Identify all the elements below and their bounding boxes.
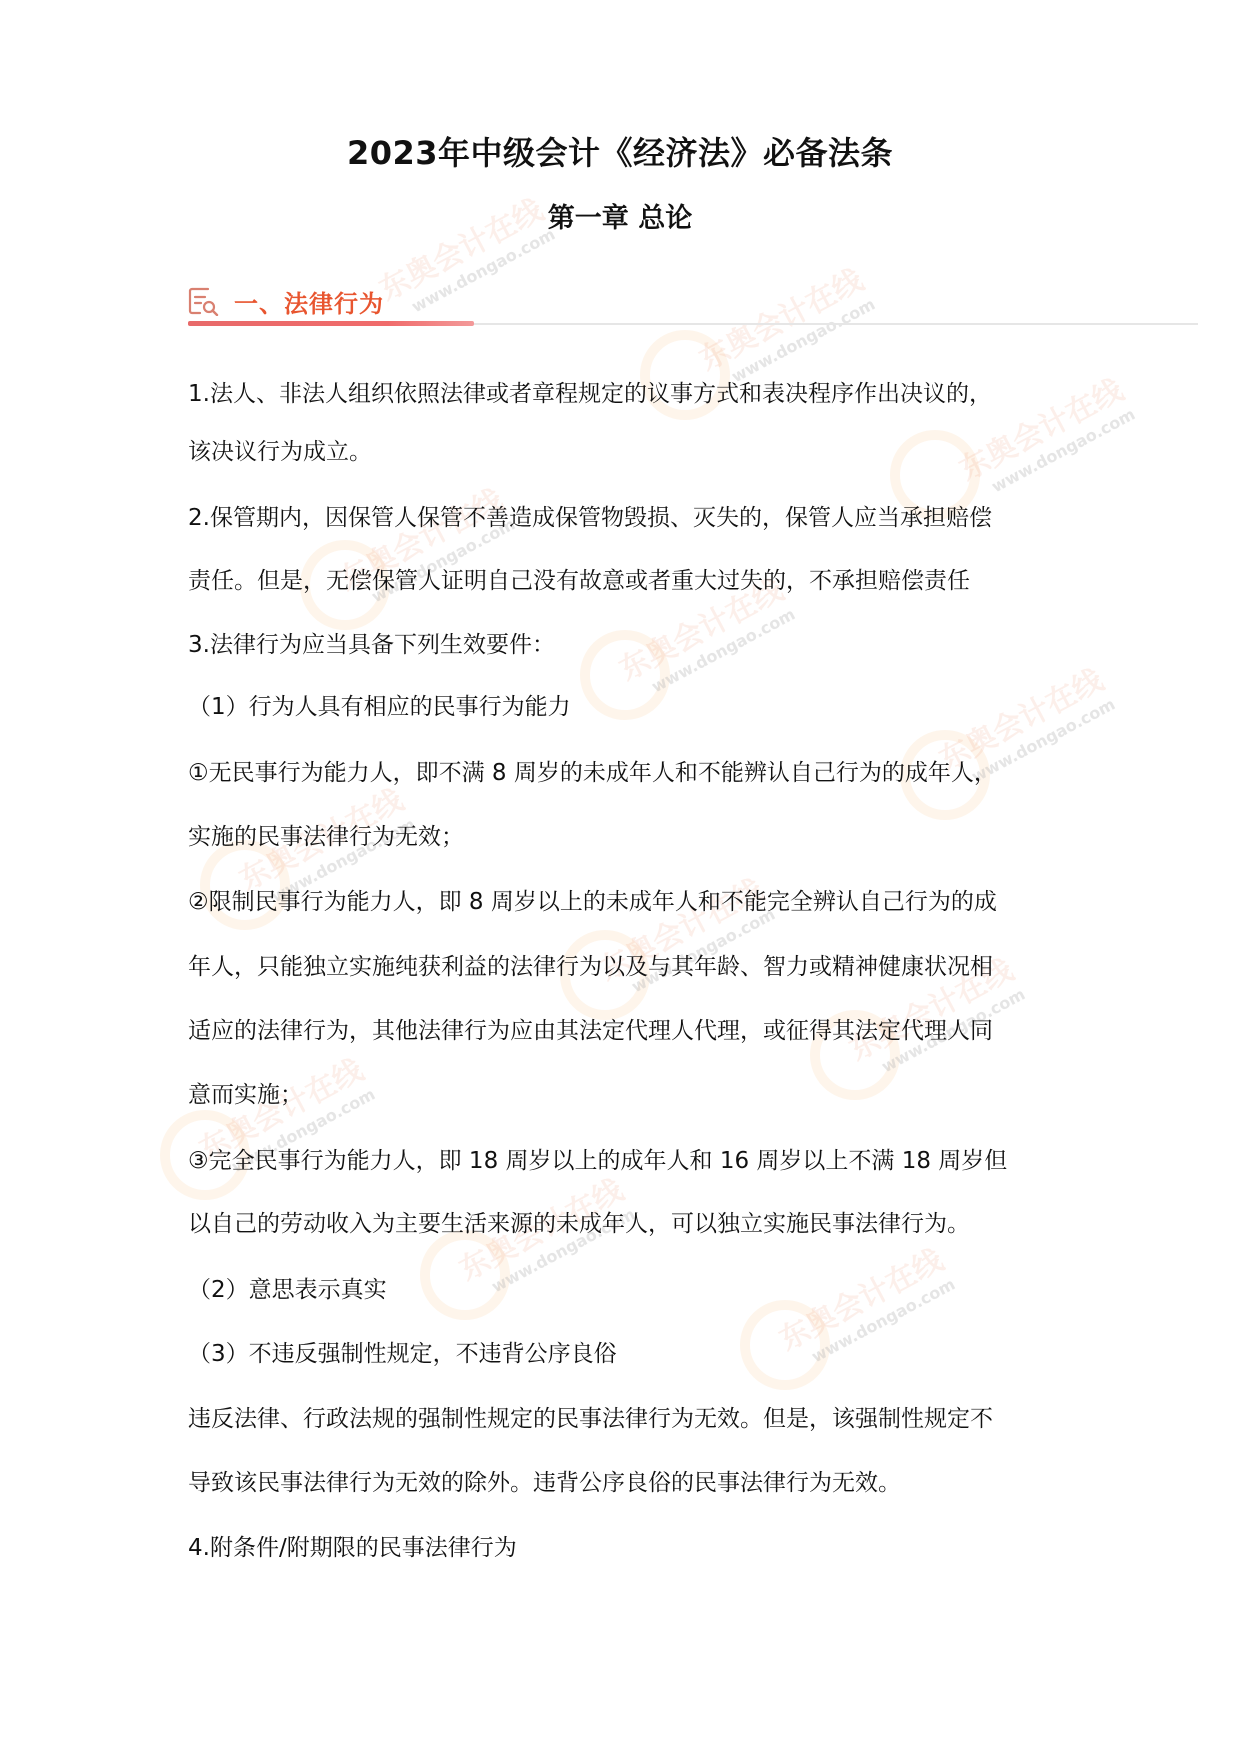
chapter-title: 第一章 总论: [0, 196, 1240, 235]
watermark: 东奥会计在线 www.dongao.com: [330, 475, 519, 615]
paragraph-line: ①无民事行为能力人，即不满 8 周岁的未成年人和不能辨认自己行为的成年人，: [188, 762, 1068, 785]
paragraph-line: 3.法律行为应当具备下列生效要件：: [188, 634, 1068, 657]
paragraph-line: 以自己的劳动收入为主要生活来源的未成年人，可以独立实施民事法律行为。: [188, 1213, 1068, 1236]
paragraph-line: （3）不违反强制性规定，不违背公序良俗: [188, 1343, 1068, 1366]
paragraph-line: 实施的民事法律行为无效；: [188, 826, 1068, 849]
paragraph-line: （1）行为人具有相应的民事行为能力: [188, 696, 1068, 719]
paragraph-line: 4.附条件/附期限的民事法律行为: [188, 1537, 1068, 1560]
document-title: 2023年中级会计《经济法》必备法条: [0, 128, 1240, 174]
paragraph-line: 导致该民事法律行为无效的除外。违背公序良俗的民事法律行为无效。: [188, 1472, 1068, 1495]
document-page: 东奥会计在线 www.dongao.com 东奥会计在线 www.dongao.…: [0, 0, 1240, 1753]
paragraph-line: 责任。但是，无偿保管人证明自己没有故意或者重大过失的，不承担赔偿责任: [188, 570, 1068, 593]
paragraph-line: 1.法人、非法人组织依照法律或者章程规定的议事方式和表决程序作出决议的，: [188, 383, 1068, 406]
section-title: 一、法律行为: [234, 284, 384, 319]
paragraph-line: 意而实施；: [188, 1084, 1068, 1107]
watermark: 东奥会计在线 www.dongao.com: [590, 865, 779, 1005]
paragraph-line: 违反法律、行政法规的强制性规定的民事法律行为无效。但是，该强制性规定不: [188, 1408, 1068, 1431]
paragraph-line: ②限制民事行为能力人，即 8 周岁以上的未成年人和不能完全辨认自己行为的成: [188, 891, 1068, 914]
paragraph-line: 该决议行为成立。: [188, 441, 1068, 464]
section-header: 一、法律行为: [188, 283, 384, 319]
paragraph-line: （2）意思表示真实: [188, 1279, 1068, 1302]
watermark-logo: [200, 840, 290, 930]
paragraph-line: 年人，只能独立实施纯获利益的法律行为以及与其年龄、智力或精神健康状况相: [188, 956, 1068, 979]
paragraph-line: ③完全民事行为能力人，即 18 周岁以上的成年人和 16 周岁以上不满 18 周…: [188, 1150, 1068, 1173]
watermark: 东奥会计在线 www.dongao.com: [690, 255, 879, 395]
paragraph-line: 2.保管期内，因保管人保管不善造成保管物毁损、灭失的，保管人应当承担赔偿: [188, 507, 1068, 530]
watermark-logo: [420, 1230, 510, 1320]
section-underline-accent: [188, 321, 474, 326]
paragraph-line: 适应的法律行为，其他法律行为应由其法定代理人代理，或征得其法定代理人同: [188, 1020, 1068, 1043]
document-search-icon: [188, 286, 220, 316]
